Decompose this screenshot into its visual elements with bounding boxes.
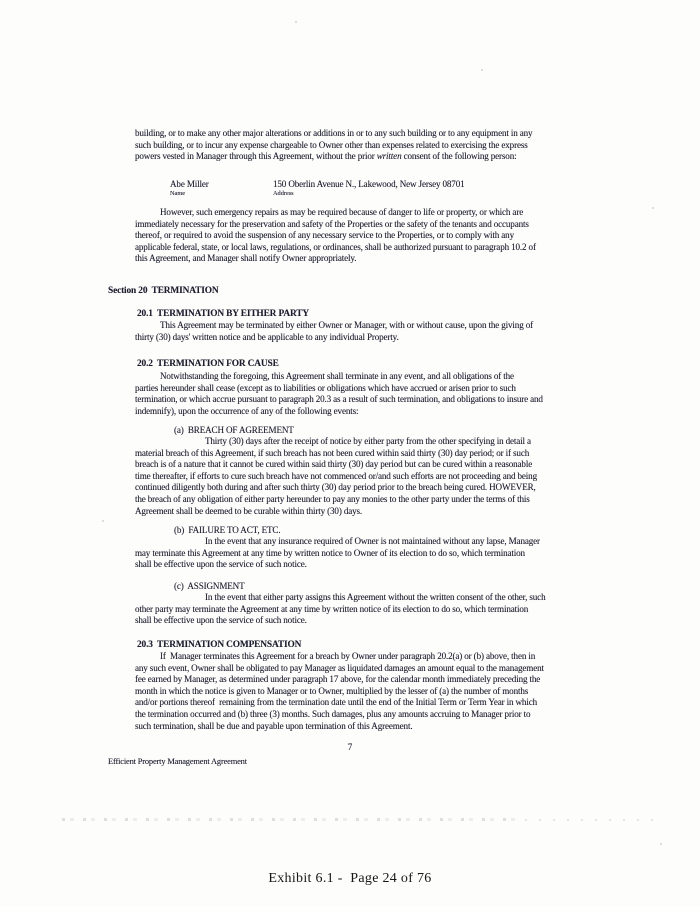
section-20-2-body: Notwithstanding the foregoing, this Agre… [135, 371, 543, 417]
scan-speck [481, 69, 483, 71]
contact-address: 150 Oberlin Avenue N., Lakewood, New Jer… [273, 179, 465, 191]
scanned-document-page: building, or to make any other major alt… [0, 0, 700, 907]
subsection-c-heading: (c) ASSIGNMENT [174, 581, 245, 593]
subsection-b-heading: (b) FAILURE TO ACT, ETC. [174, 525, 280, 537]
scan-artifact-line [62, 818, 522, 821]
scan-speck [660, 843, 662, 845]
subsection-b-body: In the event that any insurance required… [135, 536, 540, 571]
scan-artifact-line-tail [525, 819, 655, 821]
scan-speck [102, 520, 104, 522]
section-20-1-body: This Agreement may be terminated by eith… [135, 320, 533, 343]
section-20-1-heading: 20.1 TERMINATION BY EITHER PARTY [137, 309, 309, 321]
subsection-a-heading: (a) BREACH OF AGREEMENT [174, 425, 294, 437]
contact-name-label: Name [170, 190, 185, 197]
scan-speck [295, 21, 297, 23]
intro-line3-italic-word: written [377, 151, 402, 161]
intro-line3-post: consent of the following person: [401, 151, 516, 161]
section-20-2-heading: 20.2 TERMINATION FOR CAUSE [137, 359, 279, 371]
section-20-3-heading: 20.3 TERMINATION COMPENSATION [137, 640, 301, 652]
footer-document-title: Efficient Property Management Agreement [108, 756, 247, 768]
page-number: 7 [0, 742, 700, 754]
contact-name: Abe Miller [170, 179, 209, 191]
subsection-a-body: Thirty (30) days after the receipt of no… [135, 436, 537, 517]
intro-paragraph-line3: powers vested in Manager through this Ag… [135, 151, 516, 163]
emergency-repairs-paragraph: However, such emergency repairs as may b… [135, 207, 536, 265]
contact-address-label: Address [273, 190, 294, 197]
scan-speck [652, 207, 654, 209]
exhibit-caption: Exhibit 6.1 - Page 24 of 76 [0, 871, 700, 887]
intro-paragraph: building, or to make any other major alt… [135, 128, 532, 151]
section-20-3-body: If Manager terminates this Agreement for… [135, 651, 544, 732]
intro-line3-pre: powers vested in Manager through this Ag… [135, 151, 377, 161]
subsection-c-body: In the event that either party assigns t… [135, 592, 545, 627]
section-20-heading: Section 20 TERMINATION [108, 286, 219, 298]
